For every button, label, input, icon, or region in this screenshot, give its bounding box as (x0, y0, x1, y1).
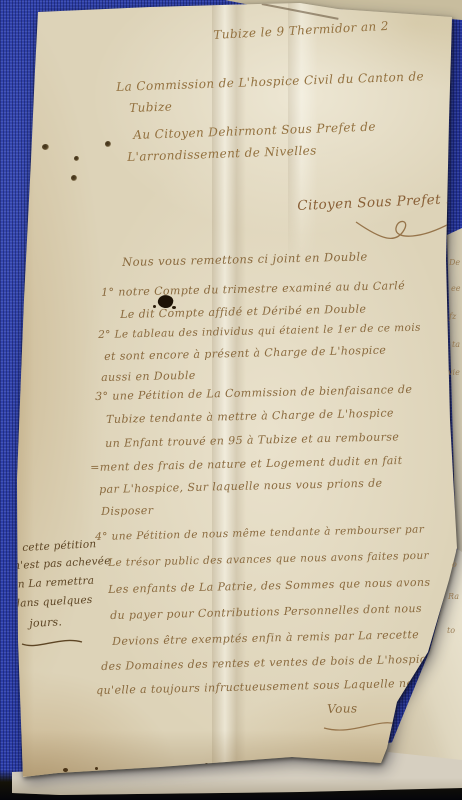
recipient-line-1: Au Citoyen Dehirmont Sous Prefet de (133, 120, 376, 142)
handwritten-line: des Domaines des rentes et ventes de boi… (101, 652, 433, 673)
edge-writing-fragment: ee (451, 284, 460, 293)
handwritten-line: =ment des frais de nature et Logement du… (90, 454, 403, 474)
sender-line-2: Tubize (129, 99, 173, 114)
worm-hole (71, 175, 77, 181)
handwritten-line: Les enfants de La Patrie, des Sommes que… (108, 576, 431, 596)
margin-note-line: jours. (29, 615, 62, 630)
handwritten-line: 3° une Pétition de La Commission de bien… (95, 383, 412, 403)
photo-of-document: Tubize le 9 Thermidor an 2 La Commission… (0, 0, 462, 800)
edge-writing-fragment: vie (448, 368, 460, 377)
edge-writing-fragment: De (449, 258, 460, 267)
catchword: Vous (327, 701, 358, 716)
handwritten-line: Devions être exemptés enfin à remis par … (112, 628, 419, 648)
catchword-flourish (322, 716, 432, 738)
worm-hole (105, 141, 111, 147)
handwritten-line: du payer pour Contributions Personnelles… (110, 602, 422, 622)
handwritten-line: qu'elle a toujours infructueusement sous… (96, 676, 427, 697)
handwritten-line: Disposer (101, 504, 154, 518)
edge-writing-fragment: to (447, 626, 455, 635)
sender-line-1: La Commission de L'hospice Civil du Cant… (116, 69, 424, 94)
handwritten-line: Tubize tendante à mettre à Charge de L'h… (106, 406, 394, 426)
main-sheet: Tubize le 9 Thermidor an 2 La Commission… (0, 0, 462, 800)
handwritten-line: Le trésor public des avances que nous av… (108, 550, 429, 569)
worm-hole (74, 156, 79, 161)
edge-writing-fragment: ta (452, 340, 460, 349)
handwritten-line: un Enfant trouvé en 95 à Tubize et au re… (105, 430, 399, 450)
edge-writing-fragment: o (452, 560, 457, 569)
bottom-edge-shading (0, 730, 462, 776)
handwritten-line: 4° une Pétition de nous même tendante à … (95, 524, 424, 543)
ink-speck (205, 763, 208, 765)
ink-speck (95, 767, 98, 770)
handwritten-line: Le dit Compte affidé et Déribé en Double (120, 302, 366, 321)
handwritten-line: 1° notre Compte du trimestre examiné au … (101, 279, 405, 299)
ink-speck (63, 768, 68, 772)
margin-note-flourish (20, 634, 84, 652)
margin-note-line: n'est pas achevée (13, 555, 111, 572)
margin-note-line: cette pétition (22, 538, 97, 554)
handwritten-line: 2° Le tableau des individus qui étaient … (98, 322, 421, 341)
handwritten-line: aussi en Double (101, 369, 196, 384)
salutation: Citoyen Sous Prefet ! (297, 191, 452, 214)
handwritten-line: Nous vous remettons ci joint en Double (122, 249, 368, 269)
worm-hole (42, 144, 49, 150)
edge-writing-fragment: fz (449, 312, 456, 321)
salutation-flourish (352, 214, 462, 248)
main-sheet-wrapper: Tubize le 9 Thermidor an 2 La Commission… (0, 0, 462, 800)
edge-writing-fragment: Ra (448, 592, 459, 601)
margin-note-line: dans quelques (13, 594, 93, 610)
margin-note-line: on La remettra (11, 575, 94, 591)
